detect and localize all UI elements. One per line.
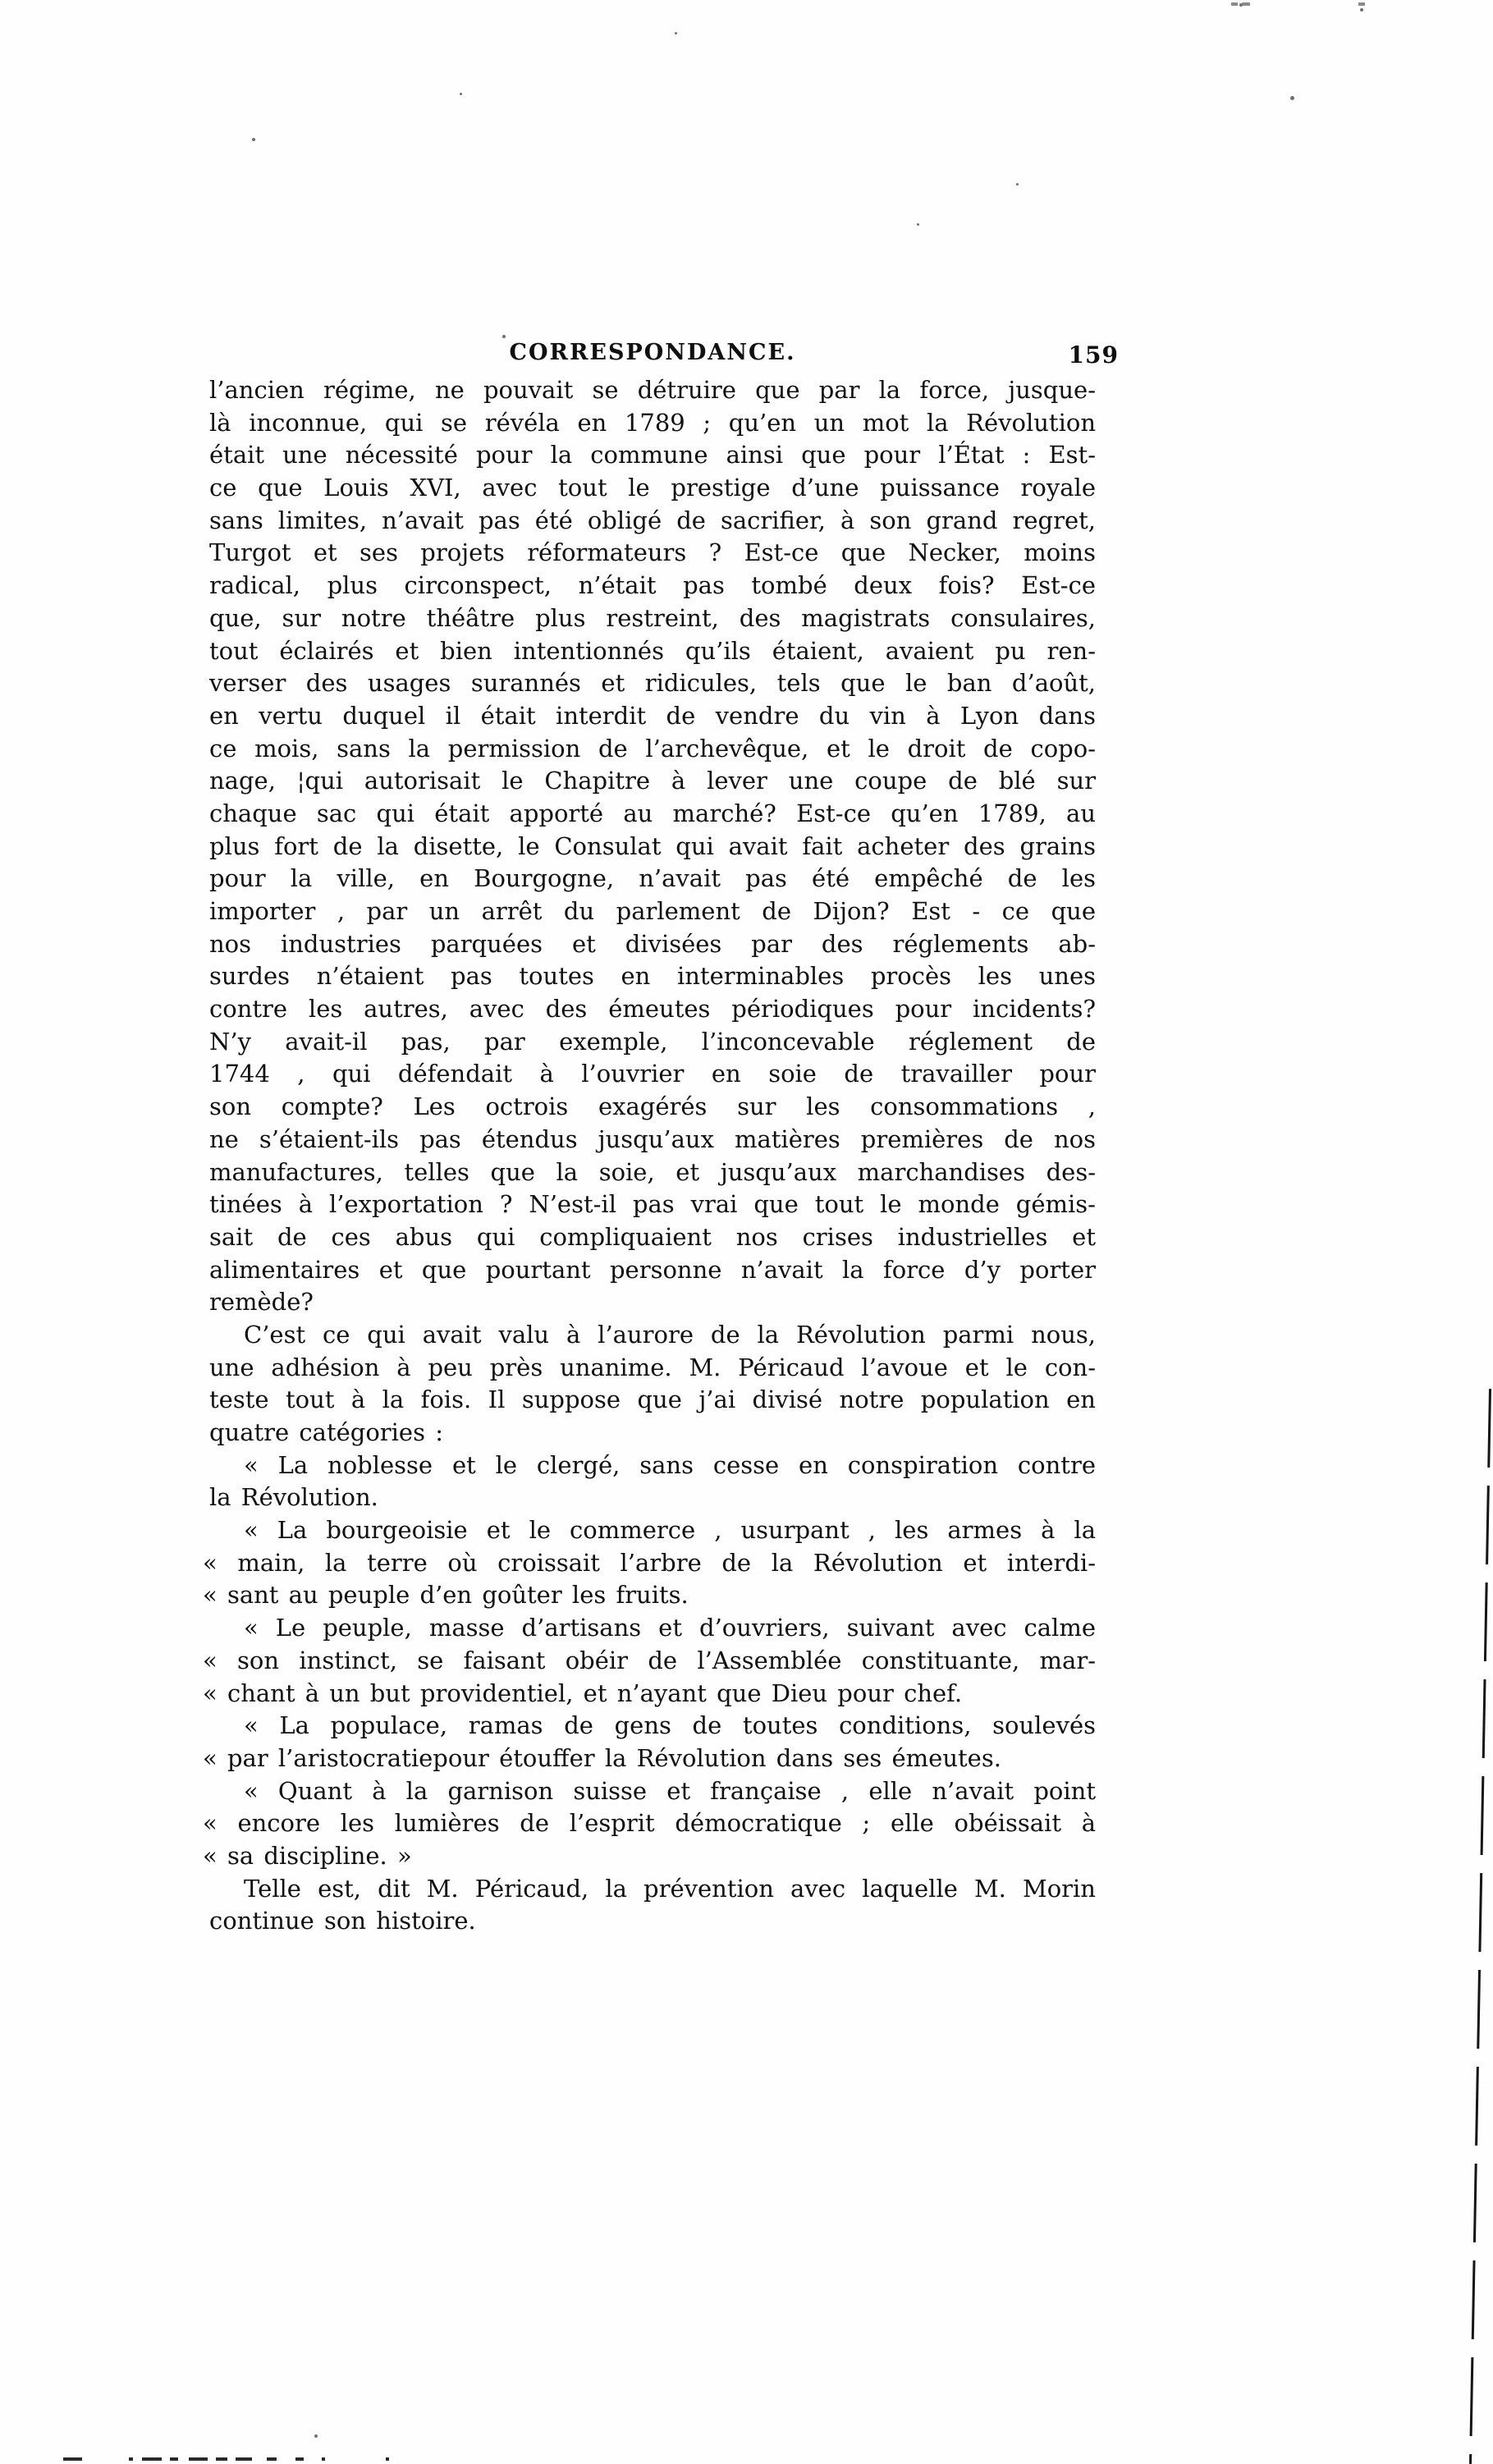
text-line: verser des usages surannés et ridicules,… [209, 667, 1096, 700]
scan-speck [1016, 183, 1019, 185]
text-line: sans limites, n’avait pas été obligé de … [209, 505, 1096, 538]
text-line: 1744 , qui défendait à l’ouvrier en soie… [209, 1058, 1096, 1091]
cutoff-text-mark [236, 2457, 252, 2461]
text-line: tout éclairés et bien intentionnés qu’il… [209, 635, 1096, 668]
scan-edge-mark [1242, 2, 1250, 6]
text-line: « sa discipline. » [209, 1840, 1096, 1873]
text-line: là inconnue, qui se révéla en 1789 ; qu’… [209, 407, 1096, 440]
scan-speck [1360, 8, 1363, 11]
text-line: Telle est, dit M. Péricaud, la préventio… [209, 1873, 1096, 1906]
scan-speck [917, 223, 919, 226]
scan-speck [252, 138, 255, 141]
text-line: contre les autres, avec des émeutes péri… [209, 993, 1096, 1026]
text-line: chaque sac qui était apporté au marché? … [209, 798, 1096, 831]
scan-speck [460, 93, 462, 95]
text-line: continue son histoire. [209, 1905, 1096, 1938]
text-line: en vertu duquel il était interdit de ven… [209, 700, 1096, 733]
text-line: ce que Louis XVI, avec tout le prestige … [209, 472, 1096, 505]
text-line: « sant au peuple d’en goûter les fruits. [209, 1579, 1096, 1612]
text-line: tinées à l’exportation ? N’est-il pas vr… [209, 1188, 1096, 1221]
cutoff-text-mark [142, 2457, 162, 2461]
text-line: l’ancien régime, ne pouvait se détruire … [209, 374, 1096, 407]
text-line: pour la ville, en Bourgogne, n’avait pas… [209, 863, 1096, 895]
text-line: que, sur notre théâtre plus restreint, d… [209, 602, 1096, 635]
text-line: nage, ¦qui autorisait le Chapitre à leve… [209, 765, 1096, 798]
cutoff-text-mark [216, 2457, 227, 2461]
text-line: « par l’aristocratiepour étouffer la Rév… [209, 1743, 1096, 1775]
text-line: son compte? Les octrois exagérés sur les… [209, 1091, 1096, 1124]
text-line: une adhésion à peu près unanime. M. Péri… [209, 1352, 1096, 1385]
text-line: radical, plus circonspect, n’était pas t… [209, 570, 1096, 602]
text-line: N’y avait-il pas, par exemple, l’inconce… [209, 1026, 1096, 1059]
text-line: sait de ces abus qui compliquaient nos c… [209, 1221, 1096, 1254]
text-line: la Révolution. [209, 1482, 1096, 1514]
text-line: teste tout à la fois. Il suppose que j’a… [209, 1384, 1096, 1417]
cutoff-text-mark [170, 2457, 178, 2461]
cutoff-text-mark [295, 2457, 304, 2461]
text-line: était une nécessité pour la commune ains… [209, 439, 1096, 472]
text-line: importer , par un arrêt du parlement de … [209, 895, 1096, 928]
cutoff-text-mark [63, 2457, 82, 2461]
scan-speck [502, 335, 506, 338]
cutoff-text-mark [322, 2457, 325, 2461]
text-line: « Quant à la garnison suisse et français… [209, 1775, 1096, 1808]
text-line: « La populace, ramas de gens de toutes c… [209, 1710, 1096, 1743]
cutoff-text-mark [129, 2457, 133, 2461]
text-line: plus fort de la disette, le Consulat qui… [209, 831, 1096, 863]
text-line: quatre catégories : [209, 1417, 1096, 1450]
text-line: alimentaires et que pourtant personne n’… [209, 1254, 1096, 1287]
text-line: « La noblesse et le clergé, sans cesse e… [209, 1450, 1096, 1482]
cutoff-text-mark [189, 2457, 208, 2461]
scan-speck [675, 32, 677, 34]
text-line: ce mois, sans la permission de l’archevê… [209, 733, 1096, 766]
text-line: « main, la terre où croissait l’arbre de… [209, 1547, 1096, 1580]
scan-speck [314, 2434, 318, 2438]
text-line: « Le peuple, masse d’artisans et d’ouvri… [209, 1612, 1096, 1645]
text-line: remède? [209, 1286, 1096, 1319]
text-line: C’est ce qui avait valu à l’aurore de la… [209, 1319, 1096, 1352]
scan-speck [1290, 96, 1294, 100]
page-number: 159 [1069, 341, 1119, 369]
text-line: manufactures, telles que la soie, et jus… [209, 1156, 1096, 1189]
text-line: nos industries parquées et divisées par … [209, 928, 1096, 961]
cutoff-text-mark [386, 2457, 389, 2461]
text-line: « chant à un but providentiel, et n’ayan… [209, 1678, 1096, 1711]
page-gutter-scan-line [1469, 1389, 1491, 2464]
scan-edge-mark [1231, 2, 1238, 6]
page-header: CORRESPONDANCE. 159 [209, 340, 1096, 376]
text-line: « encore les lumières de l’esprit démocr… [209, 1807, 1096, 1840]
text-line: « son instinct, se faisant obéir de l’As… [209, 1645, 1096, 1678]
scanned-book-page: CORRESPONDANCE. 159 l’ancien régime, ne … [0, 0, 1493, 2464]
text-line: ne s’étaient-ils pas étendus jusqu’aux m… [209, 1124, 1096, 1156]
scan-edge-mark [1358, 2, 1365, 6]
text-line: surdes n’étaient pas toutes en intermina… [209, 960, 1096, 993]
text-line: Turgot et ses projets réformateurs ? Est… [209, 537, 1096, 570]
text-line: « La bourgeoisie et le commerce , usurpa… [209, 1514, 1096, 1547]
page-text-body: l’ancien régime, ne pouvait se détruire … [209, 374, 1096, 1938]
running-title: CORRESPONDANCE. [209, 340, 1096, 365]
cutoff-text-mark [267, 2457, 277, 2461]
